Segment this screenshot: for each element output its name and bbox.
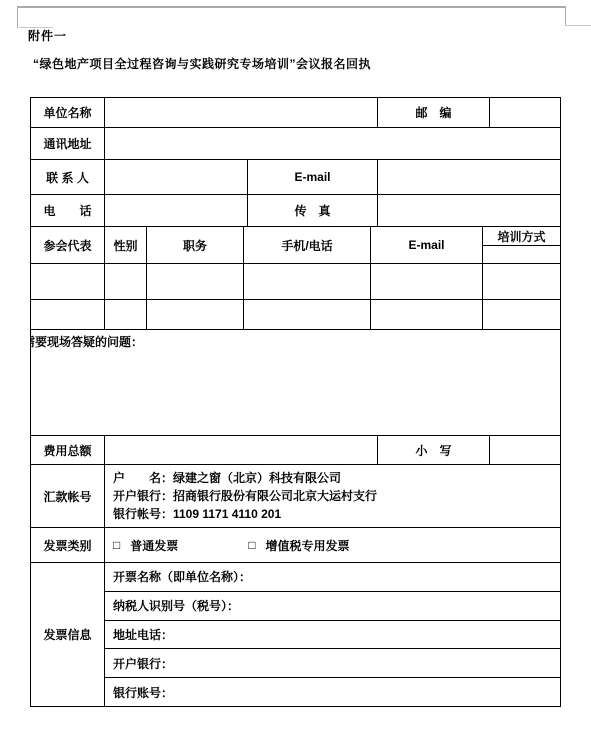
invoice-field-billing-name[interactable]: 开票名称（即单位名称）： (105, 563, 560, 592)
invoice-field-address-phone[interactable]: 地址电话： (105, 621, 560, 650)
invoice-field-bank[interactable]: 开户银行： (105, 649, 560, 678)
questions-input-cell[interactable]: 需要现场答疑的问题： (31, 330, 560, 435)
page-margin-mark-topright-vertical (565, 6, 566, 25)
invoice-option-ordinary-label: 普通发票 (130, 537, 178, 554)
attendee-email-input-cell[interactable] (371, 300, 483, 329)
invoice-type-options: □ 普通发票 □ 增值税专用发票 (105, 528, 560, 562)
row-address: 通讯地址 (31, 128, 560, 160)
row-invoice-info: 发票信息 开票名称（即单位名称）： 纳税人识别号（税号）： 地址电话： 开户银行… (31, 563, 560, 706)
page-margin-mark-topleft-vertical (17, 6, 18, 27)
contact-label: 联 系 人 (31, 160, 105, 194)
registration-form-table: 单位名称 邮 编 通讯地址 联 系 人 E-mail 电 话 传 真 参会代表 (30, 97, 561, 707)
attendees-label: 参会代表 (31, 227, 105, 263)
postal-code-label: 邮 编 (378, 98, 490, 127)
fax-label: 传 真 (248, 195, 378, 226)
checkbox-icon[interactable]: □ (248, 538, 255, 552)
row-questions: 需要现场答疑的问题： (31, 330, 560, 436)
page-title: “绿色地产项目全过程咨询与实践研究专场培训”会议报名回执 (33, 55, 371, 72)
remittance-label: 汇款帐号 (31, 465, 105, 527)
row-contact: 联 系 人 E-mail (31, 160, 560, 195)
attendees-col-gender: 性别 (105, 227, 147, 263)
attendee-mobile-input-cell[interactable] (244, 264, 371, 299)
phone-label: 电 话 (31, 195, 105, 226)
row-unit-name: 单位名称 邮 编 (31, 98, 560, 128)
page-margin-mark-topright-horizontal (565, 25, 591, 26)
invoice-info-label: 发票信息 (31, 563, 105, 706)
attendees-col-position: 职务 (147, 227, 244, 263)
remittance-account-number: 银行帐号：1109 1171 4110 201 (113, 505, 281, 523)
fax-input-cell[interactable] (378, 195, 560, 226)
attendees-col-training-empty-cell[interactable] (483, 246, 560, 263)
invoice-field-bank-account[interactable]: 银行账号： (105, 678, 560, 706)
phone-input-cell[interactable] (105, 195, 248, 226)
attendees-col-training-split-cell: 培训方式 (483, 227, 560, 263)
invoice-option-vat[interactable]: □ 增值税专用发票 (248, 537, 349, 554)
attendees-col-training-label: 培训方式 (483, 227, 560, 246)
invoice-option-ordinary[interactable]: □ 普通发票 (113, 537, 178, 554)
attendee-email-input-cell[interactable] (371, 264, 483, 299)
contact-input-cell[interactable] (105, 160, 248, 194)
attendees-col-mobile: 手机/电话 (244, 227, 371, 263)
attendee-training-input-cell[interactable] (483, 300, 560, 329)
attendee-position-input-cell[interactable] (147, 264, 244, 299)
checkbox-icon[interactable]: □ (113, 538, 120, 552)
invoice-type-label: 发票类别 (31, 528, 105, 562)
contact-email-label: E-mail (248, 160, 378, 194)
attendee-name-input-cell[interactable] (31, 300, 105, 329)
attendees-col-email: E-mail (371, 227, 483, 263)
total-fee-label: 费用总额 (31, 436, 105, 464)
row-total-fee: 费用总额 小 写 (31, 436, 560, 465)
attendee-mobile-input-cell[interactable] (244, 300, 371, 329)
invoice-info-fields: 开票名称（即单位名称）： 纳税人识别号（税号）： 地址电话： 开户银行： 银行账… (105, 563, 560, 706)
address-label: 通讯地址 (31, 128, 105, 159)
attendee-entry-row-2 (31, 300, 560, 330)
invoice-field-taxpayer-id[interactable]: 纳税人识别号（税号）： (105, 592, 560, 621)
page-margin-mark-top (17, 6, 566, 8)
contact-email-input-cell[interactable] (378, 160, 560, 194)
remittance-details: 户 名：绿建之窗（北京）科技有限公司 开户银行：招商银行股份有限公司北京大运村支… (105, 465, 560, 527)
postal-code-input-cell[interactable] (490, 98, 560, 127)
attendee-position-input-cell[interactable] (147, 300, 244, 329)
figures-input-cell[interactable] (490, 436, 560, 464)
attendee-gender-input-cell[interactable] (105, 300, 147, 329)
remittance-bank: 开户银行：招商银行股份有限公司北京大运村支行 (113, 487, 377, 505)
row-attendees-header: 参会代表 性别 职务 手机/电话 E-mail 培训方式 (31, 227, 560, 264)
attachment-label: 附件一 (28, 27, 67, 44)
document-page: 附件一 “绿色地产项目全过程咨询与实践研究专场培训”会议报名回执 单位名称 邮 … (0, 0, 591, 755)
remittance-account-name: 户 名：绿建之窗（北京）科技有限公司 (113, 469, 341, 487)
row-phone: 电 话 传 真 (31, 195, 560, 227)
address-input-cell[interactable] (105, 128, 560, 159)
row-remittance: 汇款帐号 户 名：绿建之窗（北京）科技有限公司 开户银行：招商银行股份有限公司北… (31, 465, 560, 528)
invoice-option-vat-label: 增值税专用发票 (266, 537, 350, 554)
unit-name-input-cell[interactable] (105, 98, 378, 127)
unit-name-label: 单位名称 (31, 98, 105, 127)
attendee-training-input-cell[interactable] (483, 264, 560, 299)
figures-label: 小 写 (378, 436, 490, 464)
total-fee-input-cell[interactable] (105, 436, 378, 464)
attendee-name-input-cell[interactable] (31, 264, 105, 299)
attendee-entry-row-1 (31, 264, 560, 300)
attendee-gender-input-cell[interactable] (105, 264, 147, 299)
row-invoice-type: 发票类别 □ 普通发票 □ 增值税专用发票 (31, 528, 560, 563)
questions-label: 需要现场答疑的问题： (31, 330, 143, 350)
